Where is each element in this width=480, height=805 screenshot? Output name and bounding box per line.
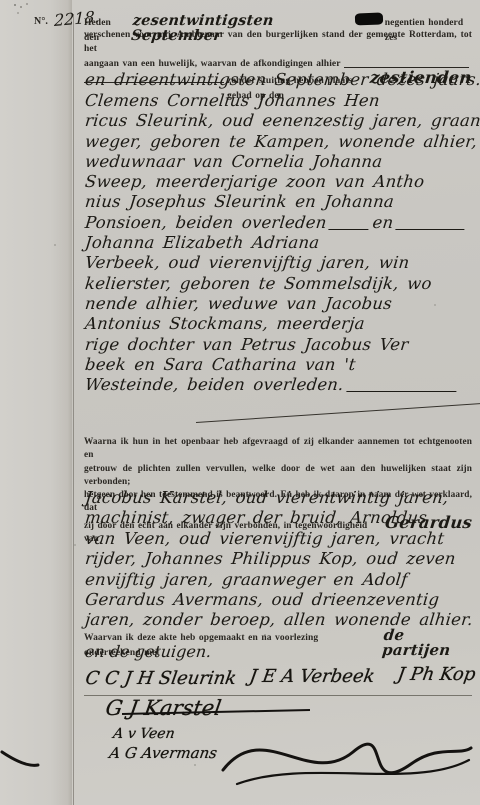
- hw-line: envijftig jaren, graanweger en Adolf: [84, 570, 476, 590]
- signature-kop: J Ph Kop: [396, 664, 477, 685]
- filler-rule: [396, 229, 465, 230]
- signature-sleurink: C C J H Sleurink: [84, 668, 238, 689]
- declaration-line: Waarna ik hun in het openbaar heb afgevr…: [84, 436, 472, 463]
- intro-line-1: Heden den zesentwintigsten September neg…: [84, 13, 472, 28]
- signature-van-veen: A v Veen: [112, 726, 176, 742]
- left-margin-shade: [0, 0, 72, 805]
- hw-line: Gerardus Avermans, oud drieenzeventig: [84, 590, 476, 610]
- signature-karstel: G J Karstel: [104, 696, 223, 720]
- hw-line: nende alhier, weduwe van Jacobus: [84, 294, 476, 314]
- hw-line: weger, geboren te Kampen, wonende alhier…: [84, 132, 476, 152]
- filler-rule: [329, 229, 369, 230]
- signature-verbeek: J E A Verbeek: [248, 666, 376, 687]
- handwritten-marriage-date: zesentwintigsten September: [130, 14, 352, 43]
- closing-slant-rule: [196, 403, 480, 423]
- vertical-margin-rule: [73, 14, 74, 805]
- hw-line: rijder, Johannes Philippus Kop, oud zeve…: [84, 549, 476, 569]
- hw-line: Clemens Cornelius Johannes Hen: [84, 91, 476, 111]
- hw-line: Johanna Elizabeth Adriana: [84, 233, 476, 253]
- handwritten-closing-2: en de getuigen.: [84, 642, 212, 661]
- akte-number-prefix: N°.: [34, 16, 48, 27]
- hw-line: kelierster, geboren te Sommelsdijk, wo: [84, 274, 476, 294]
- hw-line: Jacobus Karstel, oud vierentwintig jaren…: [84, 488, 476, 508]
- hw-line-overleden-end: Westeinde, beiden overleden.: [84, 375, 476, 395]
- intro-line-3-text: aangaan van een huwelijk, waarvan de afk…: [84, 57, 341, 72]
- hw-line: Verbeek, oud vierenvijftig jaren, win: [84, 253, 476, 273]
- registrar-flourish-signature: [215, 692, 477, 800]
- hw-line: van Veen, oud vierenvijftig jaren, vrach…: [84, 529, 476, 549]
- hw-line-text: Westeinde, beiden overleden.: [84, 375, 345, 395]
- hw-line: beek en Sara Catharina van 't: [84, 355, 476, 375]
- hw-line: machinist, zwager der bruid, Arnoldus: [84, 508, 476, 528]
- hw-line-text: Ponsioen, beiden overleden: [84, 213, 328, 233]
- hw-line: Sweep, meerderjarige zoon van Antho: [84, 172, 476, 192]
- marriage-certificate-page: N°. 2218. Heden den zesentwintigsten Sep…: [0, 0, 480, 805]
- hw-word-en: en: [371, 213, 394, 233]
- stray-ink-stroke: [0, 746, 42, 776]
- hw-line: rige dochter van Petrus Jacobus Ver: [84, 335, 476, 355]
- handwritten-closing-1: de partijen: [382, 628, 474, 657]
- ink-blot: [355, 13, 383, 26]
- witnesses-paragraph: Jacobus Karstel, oud vierentwintig jaren…: [84, 488, 474, 631]
- hw-line-overleden-en: Ponsioen, beiden overleden en: [84, 213, 476, 233]
- filler-rule: [346, 391, 456, 392]
- couple-paragraph: Clemens Cornelius Johannes Hen ricus Sle…: [84, 91, 474, 395]
- declaration-line: getrouw de plichten zullen vervullen, we…: [84, 463, 472, 490]
- handwritten-publication-date-2: en drieentwintigsten September dezes jaa…: [84, 70, 476, 90]
- hw-line: ricus Sleurink, oud eenenzestig jaren, g…: [84, 111, 476, 131]
- paper-speckles: [14, 4, 16, 6]
- signature-avermans: A G Avermans: [108, 744, 218, 762]
- hw-line: weduwnaar van Cornelia Johanna: [84, 152, 476, 172]
- hw-line: Antonius Stockmans, meerderja: [84, 314, 476, 334]
- hw-line: nius Josephus Sleurink en Johanna: [84, 192, 476, 212]
